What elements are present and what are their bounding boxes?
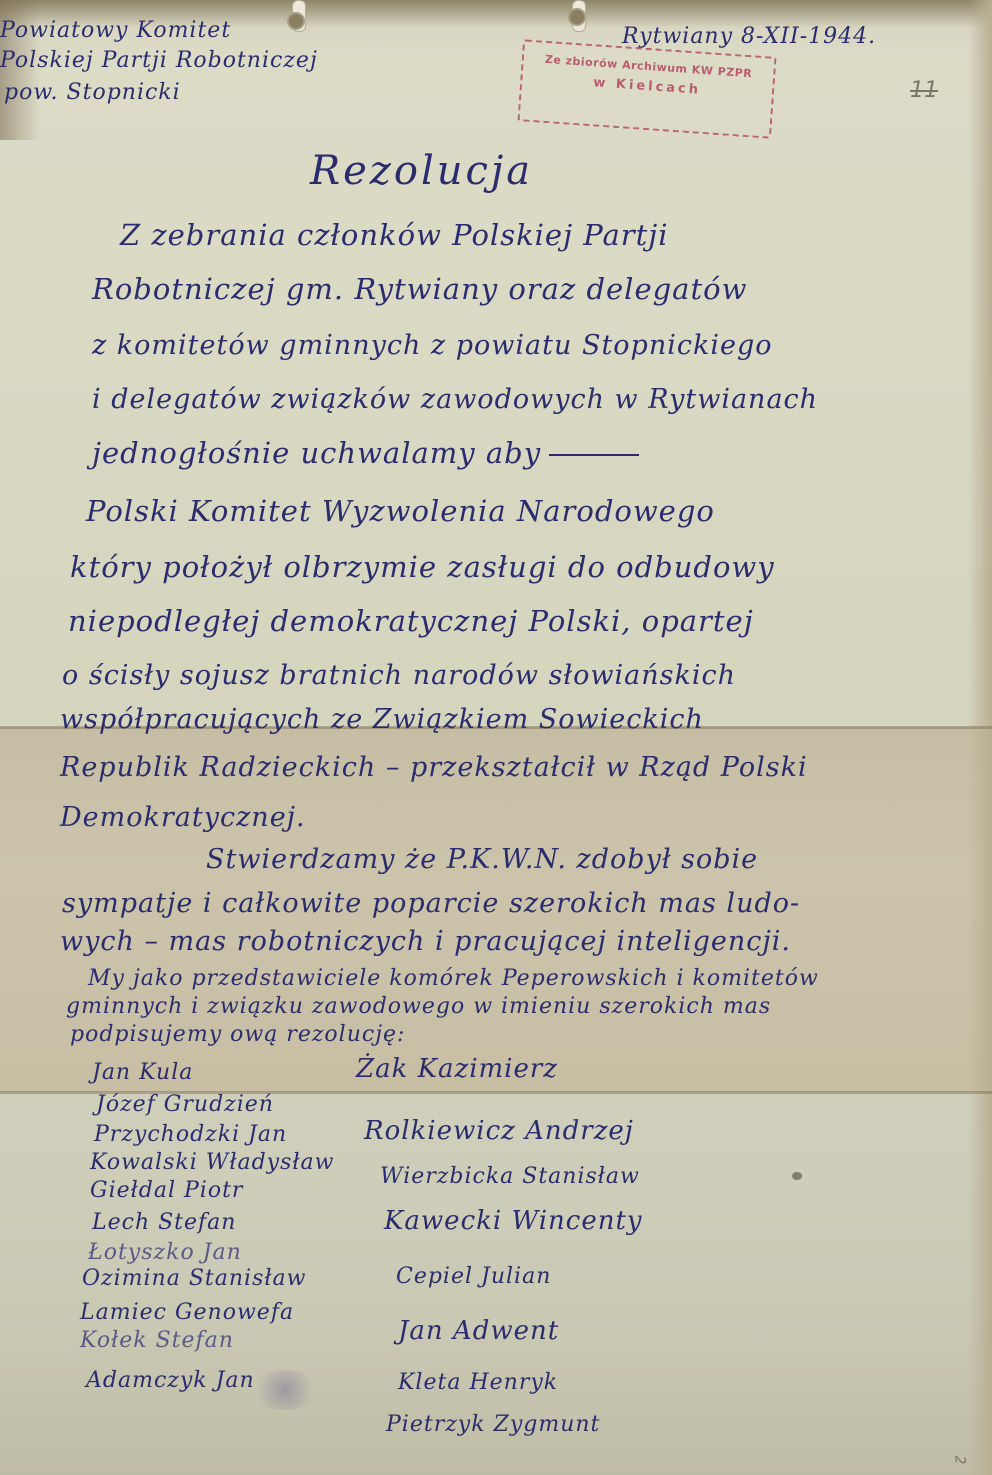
- archive-stamp: Ze zbiorów Archiwum KW PZPR w Kielcach: [517, 39, 776, 139]
- signature-right: Kawecki Wincenty: [384, 1206, 643, 1236]
- body-line: wych – mas robotniczych i pracującej int…: [60, 926, 791, 957]
- signature-left: Kołek Stefan: [80, 1328, 234, 1353]
- body-line: który położył olbrzymie zasługi do odbud…: [70, 550, 775, 584]
- header-committee-line-3: pow. Stopnicki: [4, 80, 181, 105]
- document-page: Powiatowy Komitet Polskiej Partji Robotn…: [0, 0, 992, 1475]
- body-line: sympatje i całkowite poparcie szerokich …: [62, 888, 800, 919]
- punch-hole-icon: [568, 8, 586, 26]
- body-line: i delegatów związków zawodowych w Rytwia…: [92, 384, 818, 415]
- page-number-pencil: 11: [910, 78, 938, 103]
- signature-right: Wierzbicka Stanisław: [380, 1164, 640, 1189]
- signature-right: Cepiel Julian: [396, 1264, 551, 1289]
- body-line: Stwierdzamy że P.K.W.N. zdobył sobie: [206, 844, 758, 875]
- body-line: współpracujących ze Związkiem Sowieckich: [60, 704, 704, 735]
- corner-pencil-mark: 2: [951, 1456, 967, 1465]
- body-line: Polski Komitet Wyzwolenia Narodowego: [86, 494, 715, 528]
- body-line: Republik Radzieckich – przekształcił w R…: [60, 752, 808, 783]
- body-line: jednogłośnie uchwalamy aby: [92, 436, 639, 470]
- signature-right: Kleta Henryk: [398, 1370, 558, 1395]
- body-line: gminnych i związku zawodowego w imieniu …: [66, 994, 771, 1019]
- page-right-edge: [968, 0, 992, 1475]
- signature-right: Rolkiewicz Andrzej: [364, 1116, 634, 1146]
- dash-stroke: [549, 454, 639, 456]
- body-line: podpisujemy ową rezolucję:: [70, 1022, 405, 1047]
- body-line: My jako przedstawiciele komórek Peperows…: [88, 966, 819, 991]
- punch-hole-icon: [287, 12, 305, 30]
- signature-right: Żak Kazimierz: [356, 1054, 558, 1084]
- signature-left: Giełdal Piotr: [90, 1178, 243, 1203]
- signature-left: Lech Stefan: [92, 1210, 236, 1235]
- place-date: Rytwiany 8-XII-1944.: [622, 24, 876, 49]
- signature-left: Józef Grudzień: [96, 1092, 274, 1117]
- ink-smudge: [250, 1370, 320, 1410]
- body-line: o ścisły sojusz bratnich narodów słowiań…: [62, 660, 736, 691]
- signature-left: Kowalski Władysław: [90, 1150, 334, 1175]
- body-line: Z zebrania członków Polskiej Partji: [120, 218, 669, 252]
- body-line: Robotniczej gm. Rytwiany oraz delegatów: [92, 272, 747, 306]
- signature-left: Jan Kula: [92, 1060, 193, 1085]
- signature-right: Jan Adwent: [398, 1316, 559, 1346]
- header-committee-line-2: Polskiej Partji Robotniczej: [0, 48, 318, 73]
- header-committee-line-1: Powiatowy Komitet: [0, 18, 231, 43]
- signature-left: Adamczyk Jan: [86, 1368, 255, 1393]
- signature-left: Ozimina Stanisław: [82, 1266, 306, 1291]
- signature-left: Lamiec Genowefa: [80, 1300, 294, 1325]
- document-title: Rezolucja: [310, 148, 533, 194]
- signature-left: Łotyszko Jan: [88, 1240, 242, 1265]
- paper-stain: [792, 1172, 802, 1180]
- signature-left: Przychodzki Jan: [94, 1122, 287, 1147]
- body-line-text: jednogłośnie uchwalamy aby: [92, 436, 541, 470]
- body-line: z komitetów gminnych z powiatu Stopnicki…: [92, 330, 773, 361]
- body-line: Demokratycznej.: [60, 802, 306, 833]
- signature-right: Pietrzyk Zygmunt: [386, 1412, 600, 1437]
- body-line: niepodległej demokratycznej Polski, opar…: [68, 604, 754, 638]
